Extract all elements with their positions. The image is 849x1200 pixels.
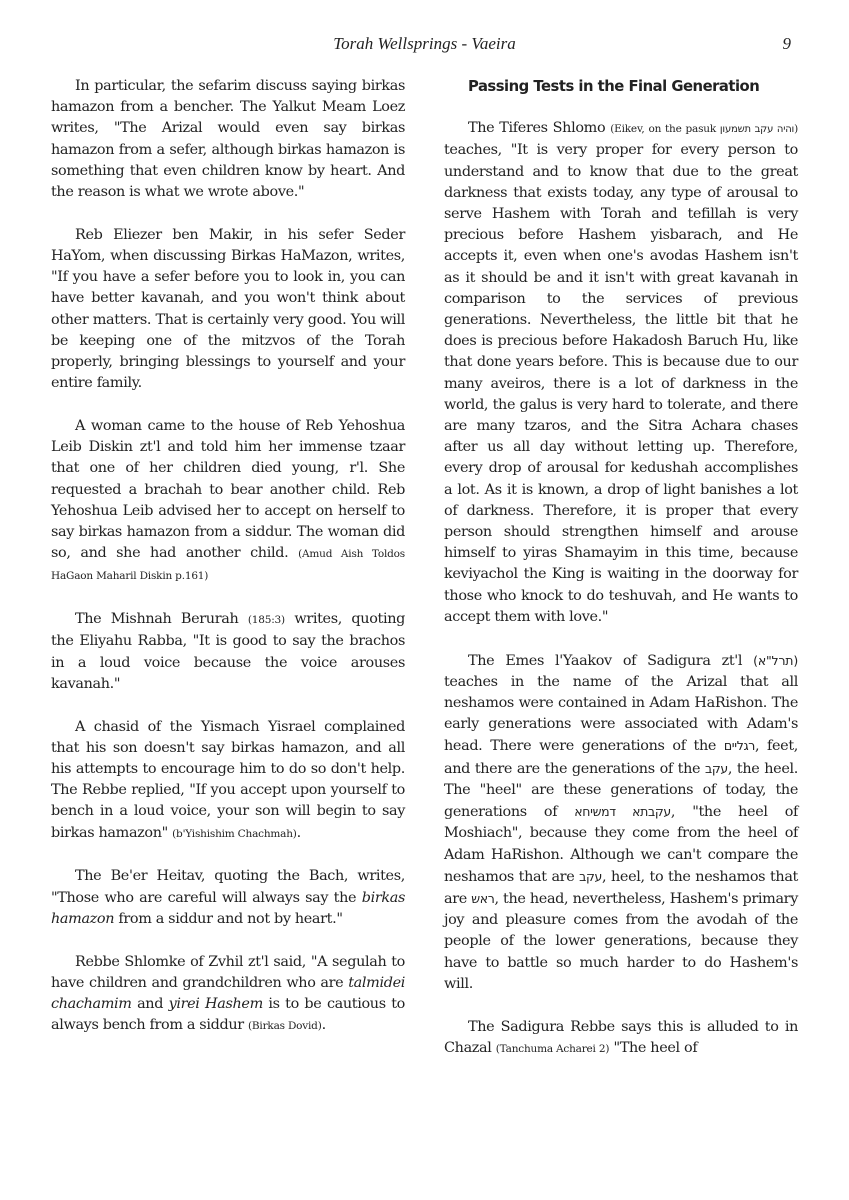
source-citation: (Eikev, on the pasuk והיה עקב תשמעון) [610, 123, 798, 135]
paragraph-text: "The heel of [613, 1040, 697, 1056]
hebrew-text: עקב [579, 869, 602, 884]
section-heading: Passing Tests in the Final Generation [444, 76, 798, 97]
hebrew-text: והיה עקב תשמעון [720, 124, 794, 135]
paragraph-text: The Mishnah Berurah [75, 611, 238, 627]
source-citation: (Tanchuma Acharei 2) [496, 1043, 609, 1055]
source-citation: (תרל"א) [753, 653, 798, 668]
paragraph-text: , the head, nevertheless, Hashem's prima… [444, 891, 798, 992]
page-number: 9 [783, 34, 792, 54]
italic-term: yirei Hashem [169, 996, 263, 1012]
source-citation: (185:3) [248, 614, 285, 626]
paragraph-diskin-story: A woman came to the house of Reb Yehoshu… [51, 416, 405, 588]
hebrew-text: רגליים [724, 738, 755, 753]
hebrew-text: ראש [471, 891, 494, 906]
paragraph-text: A woman came to the house of Reb Yehoshu… [51, 418, 405, 561]
paragraph-text: The Emes l'Yaakov of Sadigura zt'l [468, 653, 742, 669]
hebrew-text: עקב [705, 761, 728, 776]
paragraph-tiferes-shlomo: The Tiferes Shlomo (Eikev, on the pasuk … [444, 118, 798, 628]
paragraph-text: teaches, "It is very proper for every pe… [444, 142, 798, 624]
paragraph-text: from a siddur and not by heart." [118, 911, 342, 927]
source-citation: (Birkas Dovid) [248, 1020, 322, 1032]
paragraph-yismach-yisrael: A chasid of the Yismach Yisrael complain… [51, 717, 405, 845]
source-citation: (b'Yishishim Chachmah) [172, 828, 297, 840]
paragraph-text: The Be'er Heitav, quoting the Bach, writ… [51, 868, 405, 905]
punctuation: . [297, 825, 301, 841]
right-column: Passing Tests in the Final Generation Th… [444, 76, 798, 1082]
paragraph-text: and [137, 996, 163, 1012]
source-text: ) [794, 123, 798, 135]
paragraph-yalkut-meam-loez: In particular, the sefarim discuss sayin… [51, 76, 405, 203]
paragraph-seder-hayom: Reb Eliezer ben Makir, in his sefer Sede… [51, 225, 405, 395]
punctuation: . [322, 1017, 326, 1033]
page-header: Torah Wellsprings - Vaeira 9 [0, 34, 849, 58]
paragraph-beer-heitav: The Be'er Heitav, quoting the Bach, writ… [51, 866, 405, 930]
source-text: (Eikev, on the pasuk [610, 123, 716, 135]
paragraph-mishnah-berurah: The Mishnah Berurah (185:3) writes, quot… [51, 609, 405, 695]
paragraph-sadigura-rebbe: The Sadigura Rebbe says this is alluded … [444, 1017, 798, 1060]
left-column: In particular, the sefarim discuss sayin… [51, 76, 405, 1059]
paragraph-text: A chasid of the Yismach Yisrael complain… [51, 719, 405, 841]
paragraph-emes-lyaakov: The Emes l'Yaakov of Sadigura zt'l (תרל"… [444, 650, 798, 995]
running-title: Torah Wellsprings - Vaeira [0, 34, 849, 54]
paragraph-shlomke-zvhil: Rebbe Shlomke of Zvhil zt'l said, "A seg… [51, 952, 405, 1038]
hebrew-text: עקבתא דמשיחא [574, 804, 671, 819]
paragraph-text: The Tiferes Shlomo [468, 120, 605, 136]
